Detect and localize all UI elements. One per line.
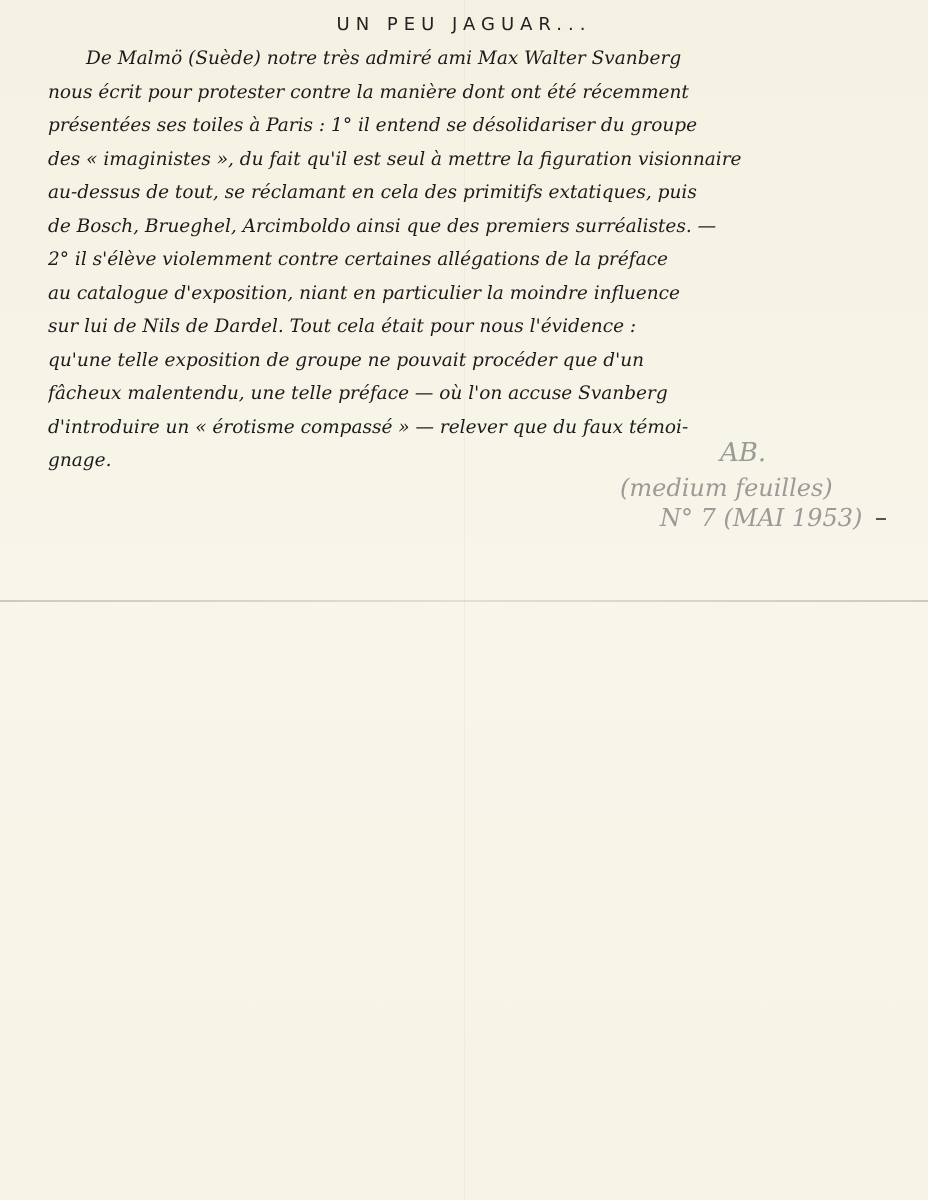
text-line: au catalogue d'exposition, niant en part… [48,277,928,311]
text-line: 2° il s'élève violemment contre certaine… [48,243,928,277]
text-line: présentées ses toiles à Paris : 1° il en… [48,109,928,143]
text-line: fâcheux malentendu, une telle préface — … [48,377,928,411]
document-title: UN PEU JAGUAR... [0,14,928,35]
signature-initials: AB. [720,438,766,468]
text-line: sur lui de Nils de Dardel. Tout cela éta… [48,310,928,344]
ink-dash-mark [876,518,886,520]
text-line: De Malmö (Suède) notre très admiré ami M… [48,42,928,76]
text-line: des « imaginistes », du fait qu'il est s… [48,143,928,177]
text-line: qu'une telle exposition de groupe ne pou… [48,344,928,378]
text-line: de Bosch, Brueghel, Arcimboldo ainsi que… [48,210,928,244]
manuscript-body: De Malmö (Suède) notre très admiré ami M… [48,42,928,478]
pencil-annotation-issue: N° 7 (MAI 1953) [660,504,862,532]
text-line: au-dessus de tout, se réclamant en cela … [48,176,928,210]
horizontal-fold-crease [0,600,928,602]
text-line: d'introduire un « érotisme compassé » — … [48,411,928,445]
pencil-annotation-medium: (medium feuilles) [620,474,833,502]
text-line: gnage. [48,444,928,478]
text-line: nous écrit pour protester contre la mani… [48,76,928,110]
